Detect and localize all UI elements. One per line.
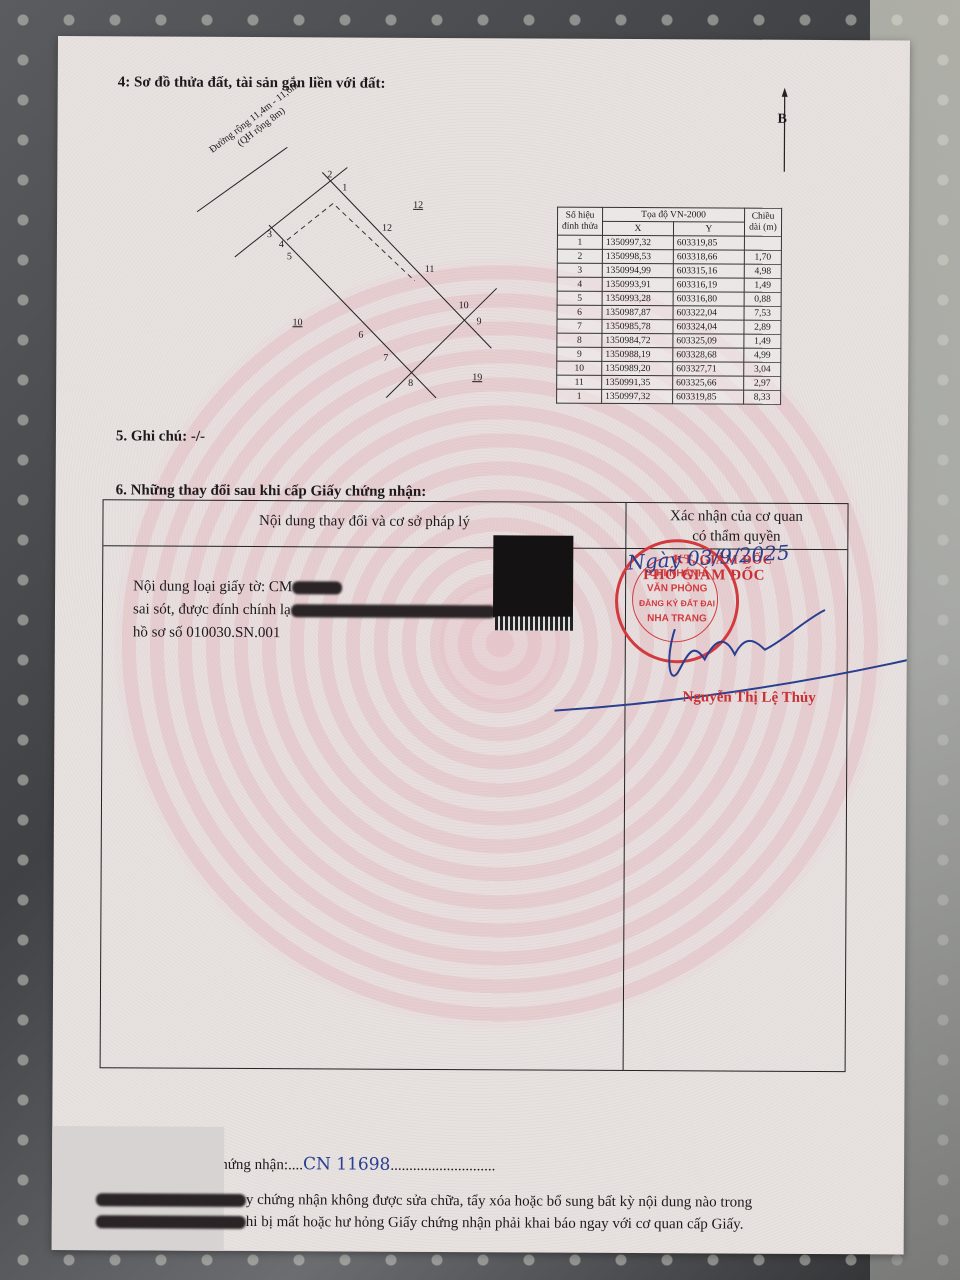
cell-id: 4 [557,277,602,291]
table-row: 51350993,28603316,800,88 [557,291,781,306]
table-row: 21350998,53603318,661,70 [557,249,781,264]
section6-title: 6. Những thay đổi sau khi cấp Giấy chứng… [116,482,427,501]
table-row: 11350997,32603319,85 [557,235,781,250]
cell-x: 1350991,35 [602,375,673,389]
col-vertex-header: Số hiệu đỉnh thửa [557,207,602,235]
cell-len: 1,70 [744,250,781,264]
table-row: 41350993,91603316,191,49 [557,277,781,292]
redacted-text [96,1215,246,1229]
cell-len: 1,49 [744,278,781,292]
point-label: 1 [342,182,347,193]
cell-y: 603319,85 [673,236,744,250]
cell-len: 4,99 [744,348,781,362]
cell-len: 3,04 [744,362,781,376]
cell-x: 1350984,72 [602,333,673,347]
cell-y: 603316,19 [673,278,744,292]
point-label: 11 [425,264,435,275]
cell-x: 1350994,99 [602,263,673,277]
cell-id: 7 [557,319,602,333]
section5-title: 5. Ghi chú: -/- [116,428,205,445]
cell-id: 8 [557,333,602,347]
cell-y: 603322,04 [673,306,744,320]
point-label: 3 [267,229,272,240]
cell-y: 603316,80 [673,292,744,306]
cell-y: 603325,66 [673,376,744,390]
cell-id: 11 [557,375,602,389]
cell-x: 1350993,91 [602,277,673,291]
cell-x: 1350997,32 [602,235,673,249]
register-number: CN 11698 [303,1154,390,1174]
north-arrow-icon [769,88,799,174]
cell-len: 2,89 [744,320,781,334]
cell-y: 603318,66 [673,250,744,264]
table-row: 81350984,72603325,091,49 [557,333,781,348]
cell-len [744,236,781,250]
cell-id: 3 [557,263,602,277]
cell-len: 4,98 [744,264,781,278]
cell-y: 603315,16 [673,264,744,278]
cell-y: 603325,09 [673,334,744,348]
point-label: 2 [327,169,332,180]
cell-y: 603324,04 [673,320,744,334]
redacted-text [292,581,342,594]
cell-x: 1350997,32 [602,389,673,403]
cell-len: 7,53 [744,306,781,320]
table-row: 111350991,35603325,662,97 [557,375,781,390]
col-x-header: X [602,221,673,235]
north-label: B [778,112,787,128]
redacted-text [291,604,496,618]
col-y-header: Y [673,222,744,236]
cell-id: 10 [557,361,602,375]
coordinate-table: Số hiệu đỉnh thửa Tọa độ VN-2000 Chiều d… [556,207,782,405]
cell-len: 8,33 [744,390,781,404]
cell-y: 603327,71 [673,362,744,376]
cell-y: 603319,85 [673,390,744,404]
point-label: 8 [408,378,413,389]
point-label: 10 [459,300,469,311]
point-label: 7 [383,353,388,364]
cell-x: 1350998,53 [602,249,673,263]
table-row: 91350988,19603328,684,99 [557,347,781,362]
cell-id: 1 [557,235,602,249]
cell-x: 1350985,78 [602,319,673,333]
point-label: 6 [358,330,363,341]
cell-id: 6 [557,305,602,319]
change-content: Nội dung loại giấy tờ: CM sai sót, được … [133,575,496,646]
parcel-label: 10 [292,317,302,328]
table-row: 31350994,99603315,164,98 [557,263,781,278]
signer-name: Nguyễn Thị Lệ Thủy [682,689,815,707]
cell-x: 1350988,19 [602,347,673,361]
cell-id: 5 [557,291,602,305]
cell-len: 1,49 [744,334,781,348]
certificate-page: 4: Sơ đồ thửa đất, tài sản gắn liền với … [52,36,910,1254]
cell-y: 603328,68 [673,348,744,362]
point-label: 4 [279,239,284,250]
cell-x: 1350993,28 [602,291,673,305]
parcel-label: 12 [413,200,423,211]
cell-x: 1350989,20 [602,361,673,375]
cell-id: 9 [557,347,602,361]
point-label: 9 [476,316,481,327]
certificate-note: y chứng nhận không được sửa chữa, tẩy xó… [96,1188,752,1235]
changes-content-header: Nội dung thay đổi và cơ sở pháp lý [103,512,625,532]
redacted-text [96,1193,246,1207]
table-row: 61350987,87603322,047,53 [557,305,781,320]
cell-x: 1350987,87 [602,305,673,319]
parcel-label: 19 [472,372,482,383]
table-row: 11350997,32603319,858,33 [557,389,781,404]
cell-id: 1 [557,389,602,403]
cell-len: 2,97 [744,376,781,390]
point-label: 12 [382,223,392,234]
section4-title: 4: Sơ đồ thửa đất, tài sản gắn liền với … [118,74,386,92]
col-group-header: Tọa độ VN-2000 [603,207,745,222]
table-row: 71350985,78603324,042,89 [557,319,781,334]
table-row: 101350989,20603327,713,04 [557,361,781,376]
point-label: 5 [287,251,292,262]
col-length-header: Chiều dài (m) [744,208,781,236]
cell-id: 2 [557,249,602,263]
cell-len: 0,88 [744,292,781,306]
